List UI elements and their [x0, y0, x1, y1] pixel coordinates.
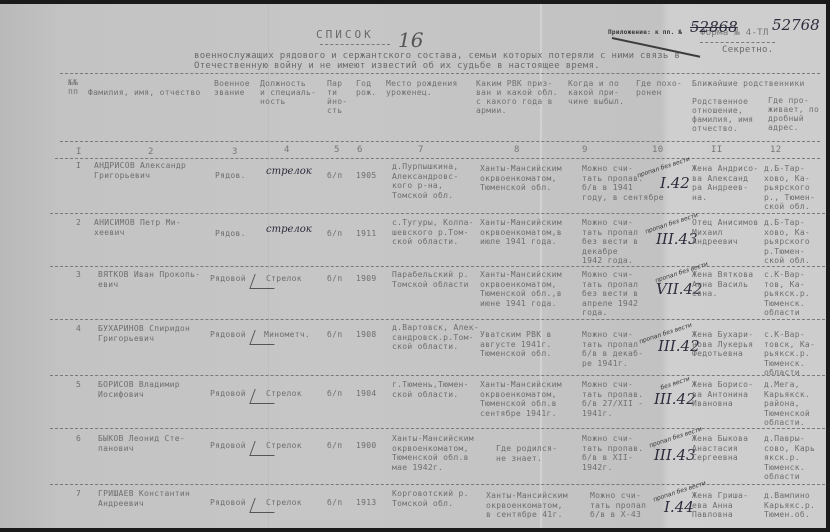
col-number: 10: [652, 145, 663, 155]
row-relative: Жена Вяткова Анна Василь евна.: [692, 270, 753, 299]
row-name: ВЯТКОВ Иван Прокопь- евич: [98, 270, 200, 289]
row-name: БУХАРИНОВ Спиридон Григорьевич: [98, 324, 190, 343]
header-buried: Где похо- ронен: [636, 79, 682, 97]
row-year: 1904: [356, 389, 376, 399]
row-rank: Рядов.: [215, 229, 246, 239]
attachment-stamp: Приложение: к пп. №: [608, 28, 682, 38]
row-mark: I.44: [664, 498, 694, 516]
row-divider: [50, 375, 825, 376]
checkmark-icon: [249, 441, 279, 456]
document-title: СПИСОК: [316, 30, 374, 40]
row-party: б/п: [327, 274, 342, 284]
row-birthplace: с.Тугуры, Колпа- шевского р.Том- ской об…: [392, 218, 474, 247]
row-year: 1905: [356, 171, 376, 181]
col-number: 3: [232, 147, 238, 157]
row-year: 1913: [356, 498, 376, 508]
row-name: АНДРИСОВ Александр Григорьевич: [94, 161, 186, 180]
row-rvk: Ханты-Мансийским окрвоенкоматом, Тюменск…: [480, 380, 562, 418]
checkmark-icon: [249, 389, 279, 404]
header-fate: Когда и по какой при- чине выбыл.: [568, 79, 624, 106]
row-relative: Жена Борисо- ва Антонина Ивановна: [692, 380, 753, 409]
col-number: 4: [284, 145, 290, 155]
col-number: 6: [357, 145, 363, 155]
header-num: №№ пп: [68, 78, 78, 96]
row-birthplace: г.Тюмень,Тюмен- ской области.: [392, 380, 469, 399]
header-bottom-rule: [60, 141, 820, 142]
page-mark: 16: [398, 28, 423, 52]
secret-label: Секретно.: [722, 45, 773, 55]
row-rank: Рядов.: [215, 171, 246, 181]
document-page: СПИСОК 16 военнослужащих рядового и серж…: [0, 4, 826, 528]
row-rvk: Ханты-Мансийским окрвоенкоматом, Тюменск…: [480, 270, 562, 308]
row-year: 1909: [356, 274, 376, 284]
row-fate: Можно счи- тать пропал б/в в X-43: [590, 491, 646, 520]
row-mark: III.42: [654, 390, 696, 408]
handwritten-number: 52768: [772, 16, 820, 34]
col-number: 7: [418, 145, 424, 155]
row-birthplace: Ханты-Мансийским окрвоенкоматом, Тюменск…: [392, 434, 474, 472]
row-relative: Жена Гриша- ева Анна Павловна: [692, 491, 748, 520]
row-rank: Рядовой: [210, 498, 246, 508]
row-rvk: Ханты-Мансийским окрвоенкоматом, в сентя…: [486, 491, 568, 520]
row-address: д.Б-Тар- хово, Ка- рьярского р.Тюмен- ск…: [764, 218, 810, 266]
row-party: б/п: [327, 498, 342, 508]
checkmark-icon: [249, 498, 279, 513]
row-divider: [50, 428, 825, 429]
col-number: I: [76, 147, 82, 157]
header-birthplace: Место рождения уроженец.: [386, 79, 458, 97]
row-rank: Рядовой: [210, 441, 246, 451]
row-relative: Жена Быкова Анастасия Сергеевна: [692, 434, 748, 463]
row-relative: Отец Анисимов Михаил Андреевич: [692, 218, 759, 247]
row-rank: Рядовой: [210, 274, 246, 284]
row-mark: III.43: [654, 446, 696, 464]
col-number: II: [711, 145, 722, 155]
row-num: 7: [76, 489, 81, 499]
row-relative: Жена Бухари- нова Лукерья Федотьевна: [692, 330, 753, 359]
handwritten-number-crossed: 52868: [690, 18, 738, 36]
row-address: д.Вампино Карьякс.р. Тюмен.об.: [764, 491, 815, 520]
row-fate: Можно счи- тать пропав. б/в в XII- 1942г…: [582, 434, 643, 472]
col-number: 12: [770, 145, 781, 155]
header-name: Фамилия, имя, отчество: [88, 88, 201, 97]
row-name: АНИСИМОВ Петр Ми- хеевич: [94, 218, 181, 237]
header-year: Год рож.: [356, 79, 376, 97]
row-num: 4: [76, 324, 81, 334]
row-rank: Рядовой: [210, 389, 246, 399]
row-num: 6: [76, 434, 81, 444]
title-underline: [320, 44, 390, 45]
row-num: 5: [76, 380, 81, 390]
col-number: 5: [334, 145, 340, 155]
row-rvk: Ханты-Мансийским окрвоенкоматом, Тюменск…: [480, 164, 562, 193]
checkmark-icon: [249, 330, 279, 345]
row-divider: [50, 484, 825, 485]
col-number: 8: [514, 145, 520, 155]
row-rvk: Где родился- не знает.: [496, 444, 557, 463]
header-party: Пар ти йно- сть: [327, 79, 347, 115]
row-fate: Можно счи- тать пропал без вести в апрел…: [582, 270, 638, 318]
row-birthplace: Корговотский р. Томской обл.: [392, 489, 469, 508]
row-year: 1911: [356, 229, 376, 239]
row-name: ГРИШАЕВ Константин Андреевич: [98, 489, 190, 508]
row-birthplace: д.Пурпышкина, Александровс- кого р-на, Т…: [392, 162, 459, 200]
header-position: Должность и специаль- ность: [260, 79, 316, 106]
row-rvk: Уватским РВК в августе 1941г. Тюменской …: [480, 330, 552, 359]
row-mark: I.42: [660, 174, 690, 192]
checkmark-icon: [249, 274, 279, 289]
row-fate: Можно счи- тать пропав. б/в 27/XII - 194…: [582, 380, 643, 418]
row-num: I: [76, 161, 81, 171]
col-number: 2: [148, 147, 154, 157]
header-address: Где про- живает, по дробный адрес.: [768, 96, 819, 132]
row-party: б/п: [327, 389, 342, 399]
row-year: 1900: [356, 441, 376, 451]
row-position: стрелок: [266, 166, 312, 177]
row-party: б/п: [327, 441, 342, 451]
row-party: б/п: [327, 330, 342, 340]
header-rvk: Каким РВК приз- ван и какой обл. с каког…: [476, 79, 558, 115]
header-rank: Военное звание: [214, 79, 250, 97]
row-rvk: Ханты-Мансийским окрвоенкоматом,в июле 1…: [480, 218, 562, 247]
row-divider: [50, 213, 825, 214]
col-number: 9: [582, 145, 588, 155]
intro-line-2: Отечественную войну и не имеют известий …: [194, 61, 600, 71]
row-address: д.Мега, Карьякск. района, Тюменской обла…: [764, 380, 810, 428]
row-position: стрелок: [266, 224, 312, 235]
table-top-rule: [60, 73, 820, 74]
row-address: с.К-Вар- тов, Ка- рьякск.р. Тюменск. обл…: [764, 270, 810, 318]
row-party: б/п: [327, 171, 342, 181]
row-fate: Можно счи- тать пропал б/в в декаб- ре 1…: [582, 330, 643, 368]
row-address: д.Б-Тар- хово, Ка- рьярского р., Тюмен- …: [764, 164, 815, 212]
row-name: БОРИСОВ Владимир Иосифович: [98, 380, 180, 399]
row-num: 3: [76, 270, 81, 280]
row-name: БЫКОВ Леонид Сте- панович: [98, 434, 185, 453]
row-address: с.К-Вар- товск, Ка- рьякск.р. Тюменск. о…: [764, 330, 815, 378]
row-birthplace: Парабельский р. Томской области: [392, 270, 469, 289]
row-relative: Жена Андрисо- ва Александ ра Андреев- на…: [692, 164, 759, 202]
row-year: 1908: [356, 330, 376, 340]
intro-line-1: военнослужащих рядового и сержантского с…: [194, 51, 680, 61]
row-birthplace: д.Вартовск, Алек- сандровск.р.Том- ской …: [392, 323, 479, 352]
row-rank: Рядовой: [210, 330, 246, 340]
row-fate: Можно счи- тать пропал без вести в декаб…: [582, 218, 638, 266]
row-divider: [50, 319, 825, 320]
row-num: 2: [76, 218, 81, 228]
row-address: д.Павры- сово, Карь якск.р. Тюменск. обл…: [764, 434, 815, 482]
row-party: б/п: [327, 229, 342, 239]
column-number-rule: [55, 158, 820, 159]
form-underline: [700, 42, 775, 43]
